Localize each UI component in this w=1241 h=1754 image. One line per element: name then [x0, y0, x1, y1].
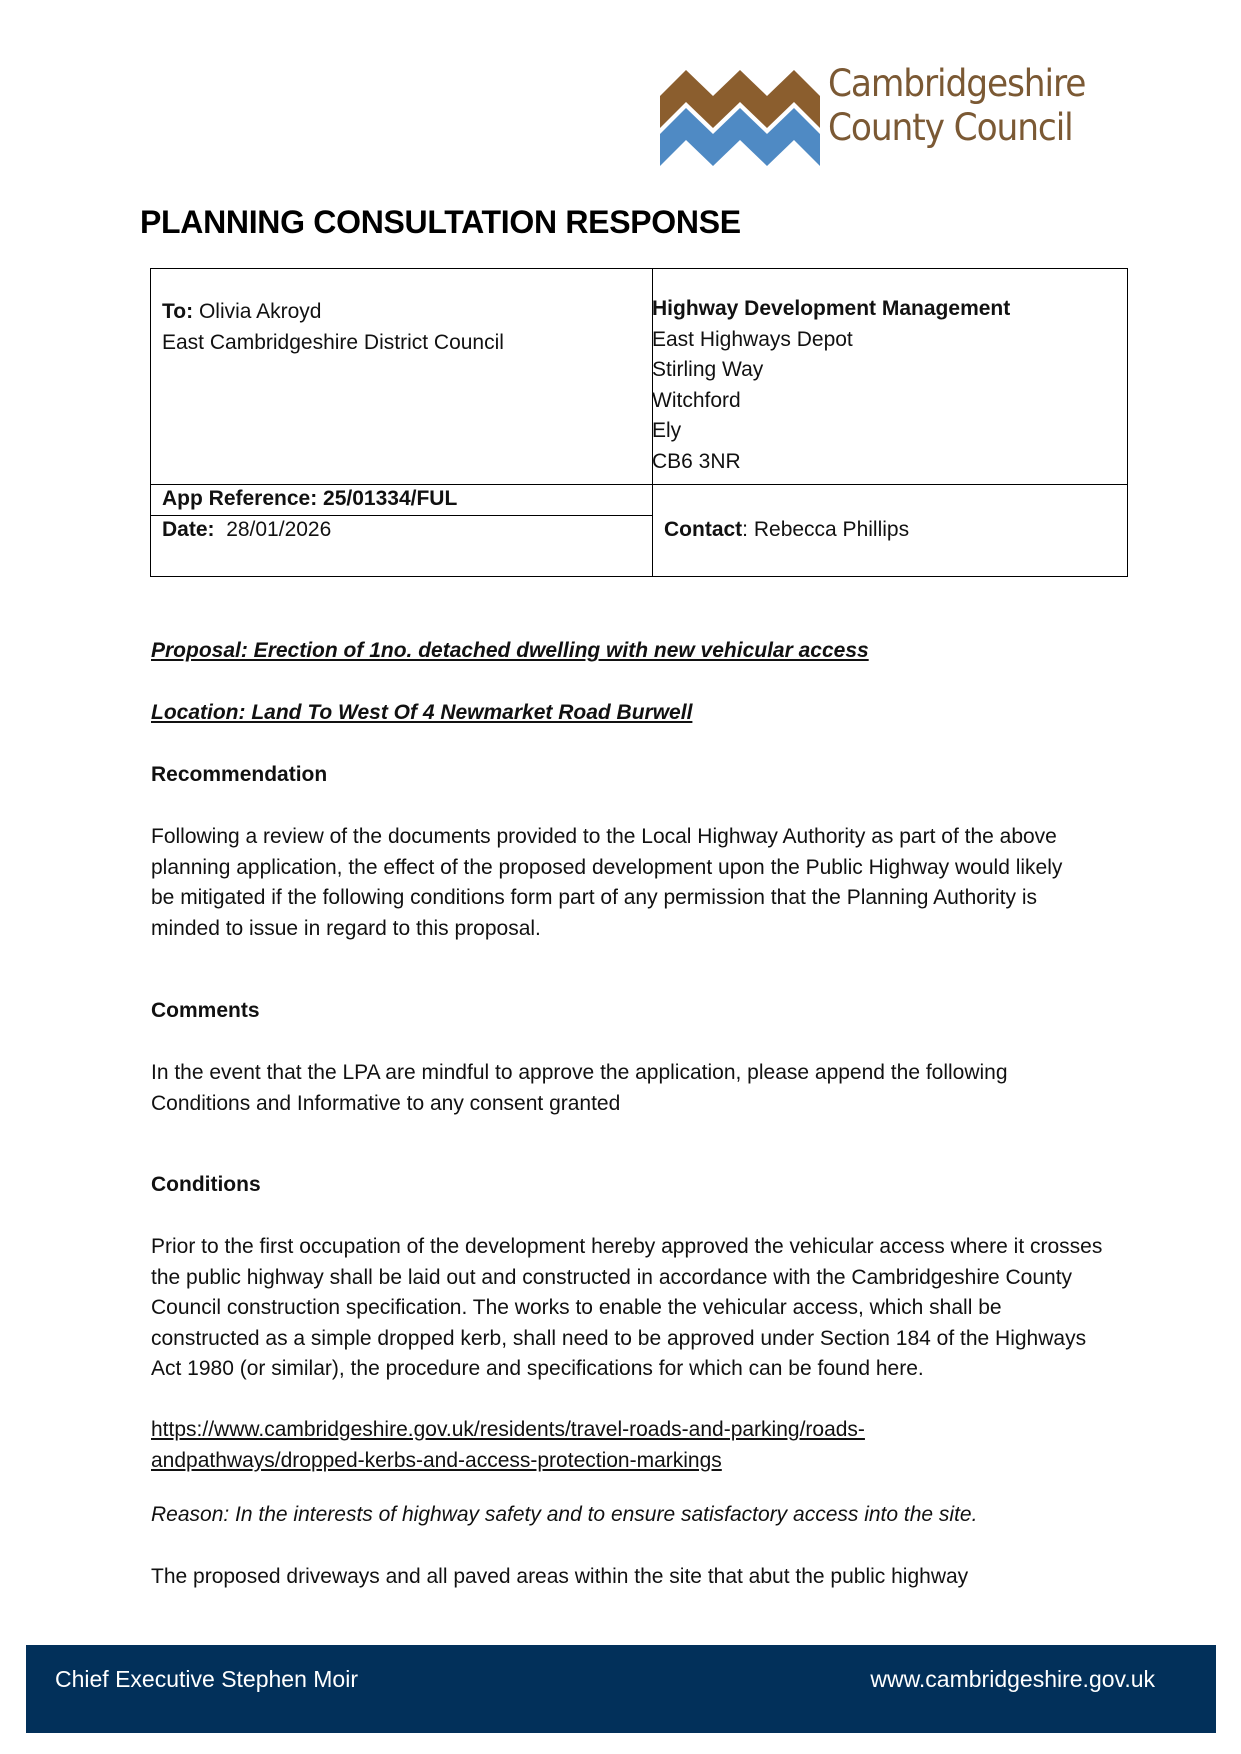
sender-address-line: Witchford [652, 386, 1122, 417]
date-label: Date: [162, 518, 215, 541]
comments-heading: Comments [151, 996, 1111, 1027]
date-cell: Date: 28/01/2026 [162, 515, 647, 546]
sender-department: Highway Development Management [652, 294, 1122, 325]
contact-cell: Contact: Rebecca Phillips [664, 515, 1114, 546]
sender-address-line: East Highways Depot [652, 325, 1122, 356]
logo-line-1: Cambridgeshire [828, 62, 1085, 106]
condition-1-link[interactable]: https://www.cambridgeshire.gov.uk/reside… [151, 1415, 1111, 1476]
contact-name: Rebecca Phillips [754, 518, 909, 541]
footer-website: www.cambridgeshire.gov.uk [870, 1666, 1155, 1693]
recommendation-text: Following a review of the documents prov… [151, 822, 1091, 944]
sender-postcode: CB6 3NR [652, 447, 1122, 478]
logo-line-2: County Council [828, 106, 1085, 150]
recipient-organisation: East Cambridgeshire District Council [162, 328, 647, 359]
conditions-heading: Conditions [151, 1170, 1111, 1201]
contact-label: Contact [664, 518, 742, 541]
council-logo: Cambridgeshire County Council [660, 62, 1130, 174]
recipient-cell: To: Olivia Akroyd East Cambridgeshire Di… [162, 297, 647, 358]
condition-2-text: The proposed driveways and all paved are… [151, 1562, 1111, 1593]
footer-chief-executive: Chief Executive Stephen Moir [55, 1666, 358, 1693]
council-logo-text: Cambridgeshire County Council [828, 62, 1085, 150]
recipient-name: Olivia Akroyd [199, 300, 322, 323]
sender-address-line: Stirling Way [652, 355, 1122, 386]
council-logo-mark-icon [660, 66, 820, 166]
page-title: PLANNING CONSULTATION RESPONSE [140, 204, 741, 241]
recommendation-heading: Recommendation [151, 760, 1111, 791]
dropped-kerbs-link[interactable]: https://www.cambridgeshire.gov.uk/reside… [151, 1418, 865, 1472]
proposal-heading: Proposal: Erection of 1no. detached dwel… [151, 636, 1111, 667]
consultation-info-table: To: Olivia Akroyd East Cambridgeshire Di… [150, 268, 1128, 577]
page-footer: Chief Executive Stephen Moir www.cambrid… [26, 1645, 1216, 1733]
sender-address-line: Ely [652, 416, 1122, 447]
comments-text: In the event that the LPA are mindful to… [151, 1058, 1071, 1119]
location-heading: Location: Land To West Of 4 Newmarket Ro… [151, 698, 1111, 729]
to-label: To: [162, 300, 193, 323]
date-value: 28/01/2026 [226, 518, 331, 541]
app-reference: App Reference: 25/01334/FUL [162, 484, 647, 515]
condition-1-text: Prior to the first occupation of the dev… [151, 1232, 1111, 1385]
sender-cell: Highway Development Management East High… [652, 294, 1122, 477]
condition-1-reason: Reason: In the interests of highway safe… [151, 1500, 1111, 1531]
